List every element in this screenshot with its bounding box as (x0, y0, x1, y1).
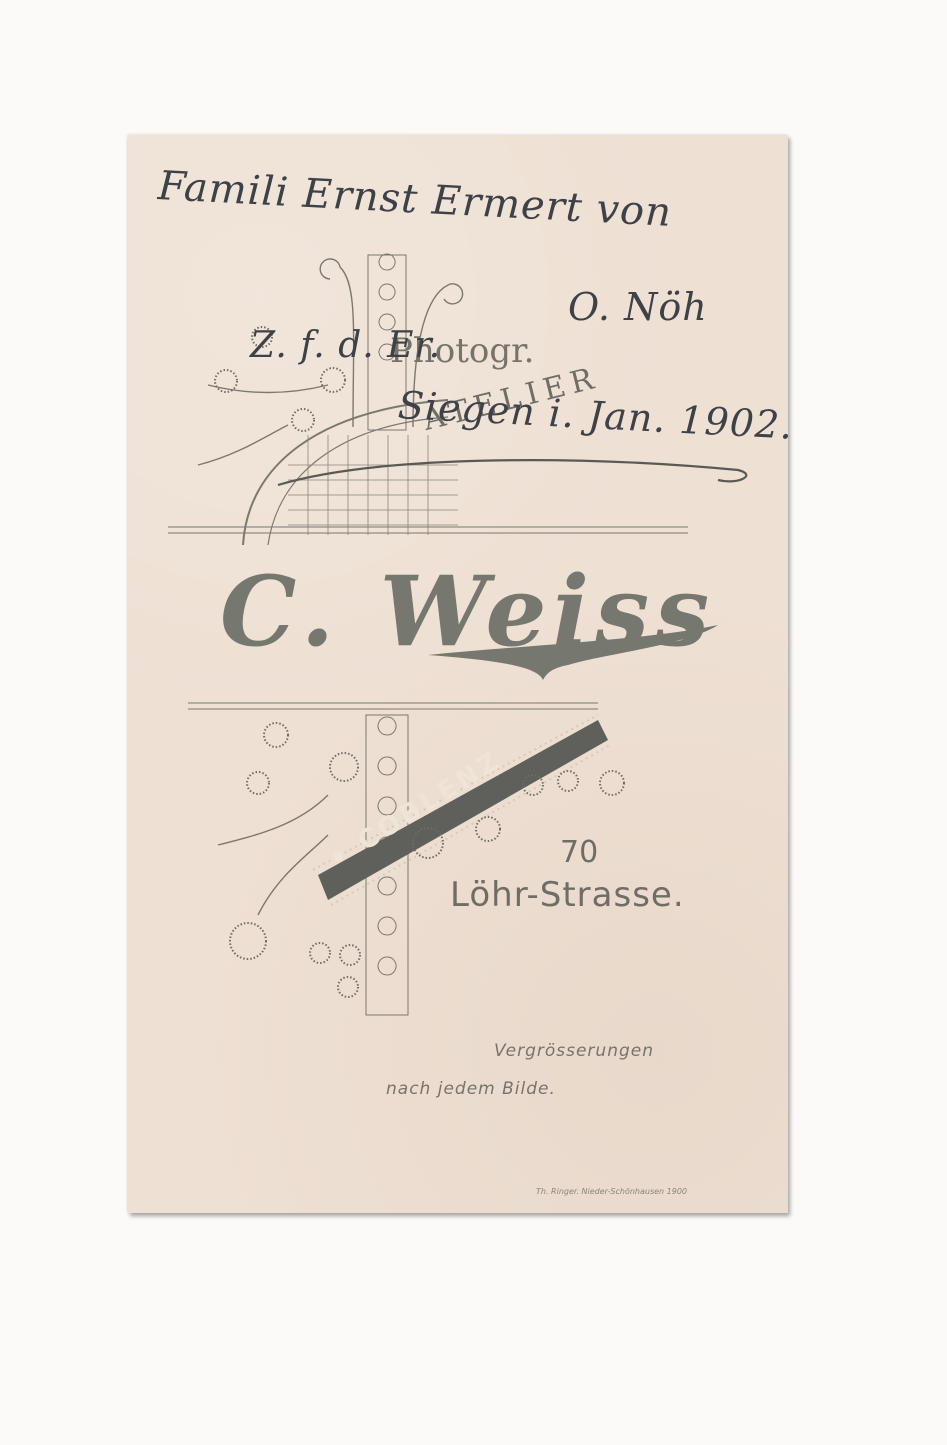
handwriting-line-2: O. Nöh (568, 285, 708, 329)
street-name: Löhr-Strasse. (450, 875, 685, 915)
enlargements-line-2: nach jedem Bilde. (386, 1079, 556, 1099)
house-number: 70 (560, 835, 598, 870)
enlargements-line-1: Vergrösserungen (494, 1041, 654, 1061)
handwriting-line-3: Z. f. d. Er. (250, 325, 441, 366)
studio-name: C. Weiss (220, 555, 715, 668)
printer-imprint: Th. Ringer. Nieder-Schönhausen 1900 (536, 1187, 687, 1196)
photo-card-back: Photogr. ATELIER C. Weiss • COBLENZ 70 L… (128, 135, 788, 1213)
